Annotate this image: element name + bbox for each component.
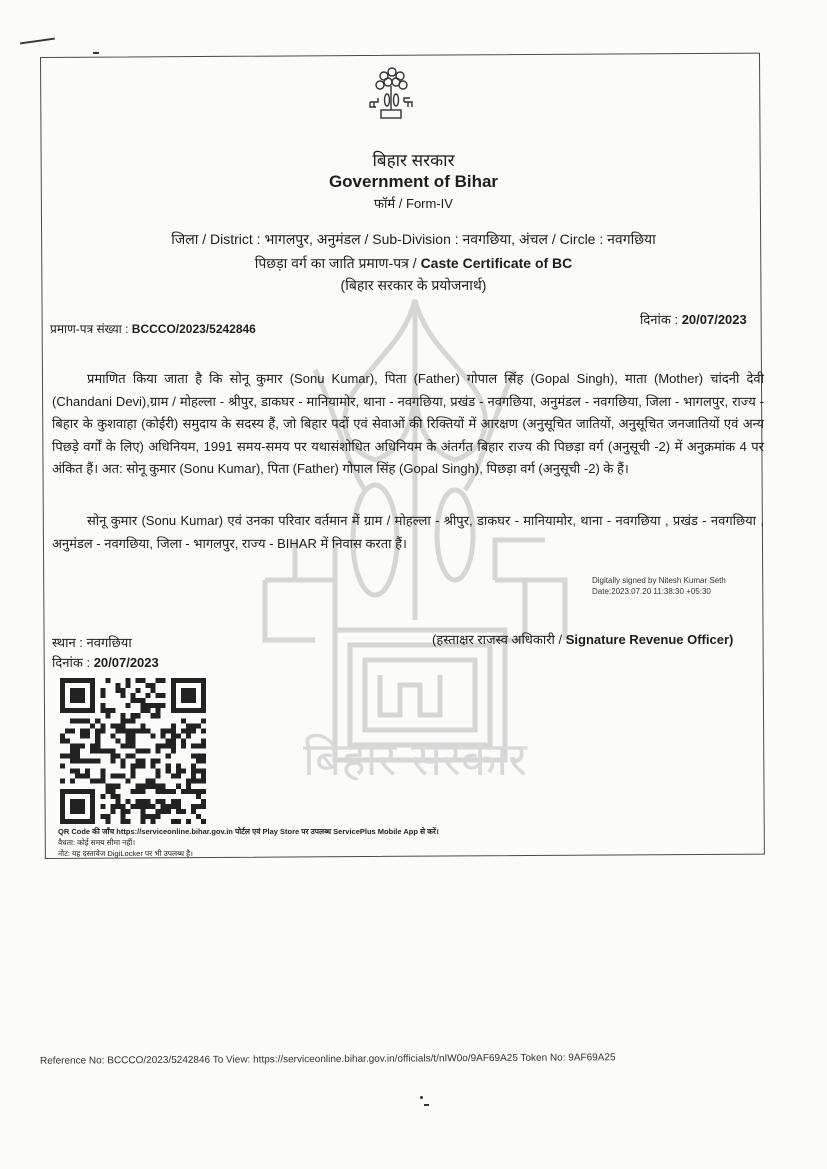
place-value: नवगछिया: [87, 635, 132, 650]
form-number: फॉर्म / Form-IV: [0, 194, 827, 212]
scan-mark: [424, 1104, 429, 1106]
header-title-hindi: बिहार सरकार: [0, 148, 827, 171]
reference-footer: Reference No: BCCCO/2023/5242846 To View…: [40, 1052, 616, 1067]
subdivision-label: अनुमंडल / Sub-Division :: [317, 231, 459, 247]
digilocker-note: नोट: यह दस्तावेज DigiLocker पर भी उपलब्ध…: [58, 848, 439, 859]
issue-date-label: दिनांक :: [640, 312, 678, 327]
digital-signature: Digitally signed by Nitesh Kumar Seth Da…: [592, 575, 726, 597]
certificate-title: पिछड़ा वर्ग का जाति प्रमाण-पत्र / Caste …: [0, 254, 827, 273]
certification-paragraph: प्रमाणित किया जाता है कि सोनू कुमार (Son…: [52, 368, 764, 481]
circle-value: नवगछिया: [607, 231, 656, 247]
issue-date-value: 20/07/2023: [682, 312, 747, 327]
issue-date: दिनांक : 20/07/2023: [640, 310, 747, 328]
place-label: स्थान :: [52, 635, 83, 650]
place-date-value: 20/07/2023: [94, 655, 159, 670]
footnotes: QR Code की जाँच https://serviceonline.bi…: [58, 826, 439, 859]
qr-verification-note: QR Code की जाँच https://serviceonline.bi…: [58, 826, 439, 837]
certificate-title-english: Caste Certificate of BC: [421, 255, 573, 271]
scan-mark: [20, 38, 55, 45]
signing-authority-english: Signature Revenue Officer): [566, 632, 734, 647]
scan-mark: [420, 1096, 423, 1099]
place-line: स्थान : नवगछिया: [52, 633, 159, 653]
verification-qr-code[interactable]: [60, 678, 206, 824]
district-value: भागलपुर,: [264, 231, 312, 247]
place-and-date: स्थान : नवगछिया दिनांक : 20/07/2023: [52, 633, 159, 673]
subdivision-value: नवगछिया,: [463, 231, 516, 247]
bihar-emblem-logo: [368, 66, 414, 120]
district-label: जिला / District :: [171, 231, 260, 247]
certificate-number: प्रमाण-पत्र संख्या : BCCCO/2023/5242846: [50, 320, 256, 337]
validity-note: वैधता: कोई समय सीमा नहीं।: [58, 837, 439, 848]
jurisdiction-line: जिला / District : भागलपुर, अनुमंडल / Sub…: [0, 230, 827, 249]
certificate-purpose: (बिहार सरकार के प्रयोजनार्थ): [0, 276, 827, 295]
signing-authority-hindi: (हस्ताक्षर राजस्व अधिकारी /: [432, 632, 562, 647]
place-date-label: दिनांक :: [52, 655, 90, 670]
circle-label: अंचल / Circle :: [519, 231, 603, 247]
residence-paragraph: सोनू कुमार (Sonu Kumar) एवं उनका परिवार …: [52, 510, 764, 555]
certificate-title-hindi: पिछड़ा वर्ग का जाति प्रमाण-पत्र /: [255, 255, 417, 271]
watermark-text: बिहार सरकार: [303, 732, 528, 780]
place-date-line: दिनांक : 20/07/2023: [52, 653, 159, 673]
digital-signature-date: Date:2023.07.20 11:38:30 +05:30: [592, 586, 726, 597]
digital-signature-signer: Digitally signed by Nitesh Kumar Seth: [592, 575, 726, 586]
certificate-number-label: प्रमाण-पत्र संख्या :: [50, 322, 128, 336]
scan-mark: [93, 52, 99, 54]
certificate-number-value: BCCCO/2023/5242846: [132, 322, 256, 336]
header-title-english: Government of Bihar: [0, 172, 827, 192]
signing-authority: (हस्ताक्षर राजस्व अधिकारी / Signature Re…: [432, 630, 733, 648]
